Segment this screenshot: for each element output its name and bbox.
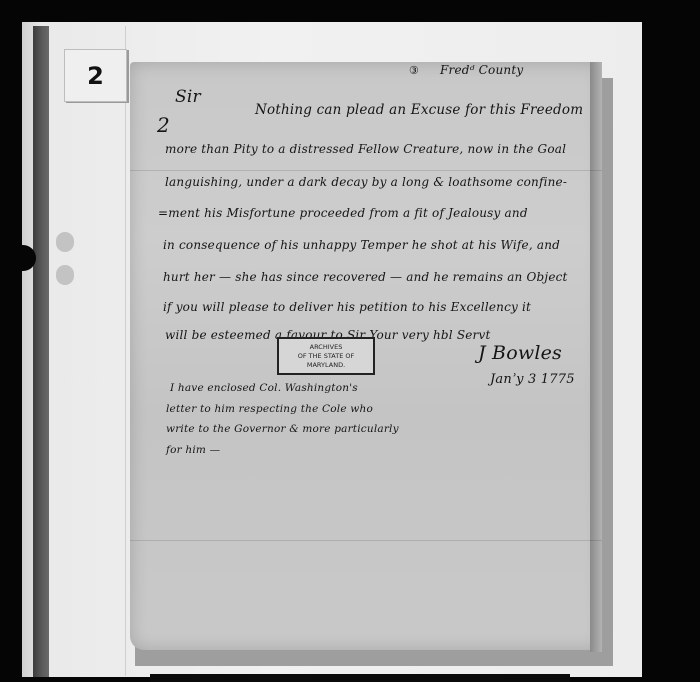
thumb-shadow [56, 265, 74, 285]
letter-line: if you will please to deliver his petiti… [163, 300, 531, 314]
letter-line: Nothing can plead an Excuse for this Fre… [255, 102, 583, 118]
salutation: Sir [175, 87, 201, 107]
stamp-line: MARYLAND. [307, 361, 345, 370]
docket-county: Fredᵈ County [440, 63, 523, 77]
binding-shadow [33, 26, 49, 677]
postscript-line: write to the Governor & more particularl… [166, 423, 399, 435]
letter-line: in consequence of his unhappy Temper he … [163, 238, 560, 252]
letter-date: Janʾy 3 1775 [490, 372, 575, 387]
archives-stamp: ARCHIVES OF THE STATE OF MARYLAND. [277, 337, 375, 375]
docket-number: ③ [409, 64, 419, 77]
postscript-line: letter to him respecting the Cole who [166, 403, 373, 415]
postscript-line: for him — [166, 444, 220, 456]
frame-number: 2 [87, 62, 104, 90]
postscript-line: I have enclosed Col. Washington's [170, 382, 358, 394]
signature: J Bowles [478, 342, 562, 364]
film-bottom-edge [150, 674, 570, 682]
fold-line [130, 170, 602, 171]
frame-number-label: 2 [64, 49, 127, 102]
stamp-line: ARCHIVES [310, 343, 343, 352]
fold-line [130, 540, 602, 541]
mount-crease [125, 26, 126, 676]
letter-line: more than Pity to a distressed Fellow Cr… [165, 142, 566, 156]
thumb-shadow [56, 232, 74, 252]
letter-line: languishing, under a dark decay by a lon… [165, 175, 567, 189]
page-right-edge [590, 62, 602, 652]
letter-line: =ment his Misfortune proceeded from a fi… [158, 206, 528, 220]
letter-line: hurt her — she has since recovered — and… [163, 270, 568, 284]
margin-number: 2 [157, 113, 170, 137]
stamp-line: OF THE STATE OF [298, 352, 355, 361]
